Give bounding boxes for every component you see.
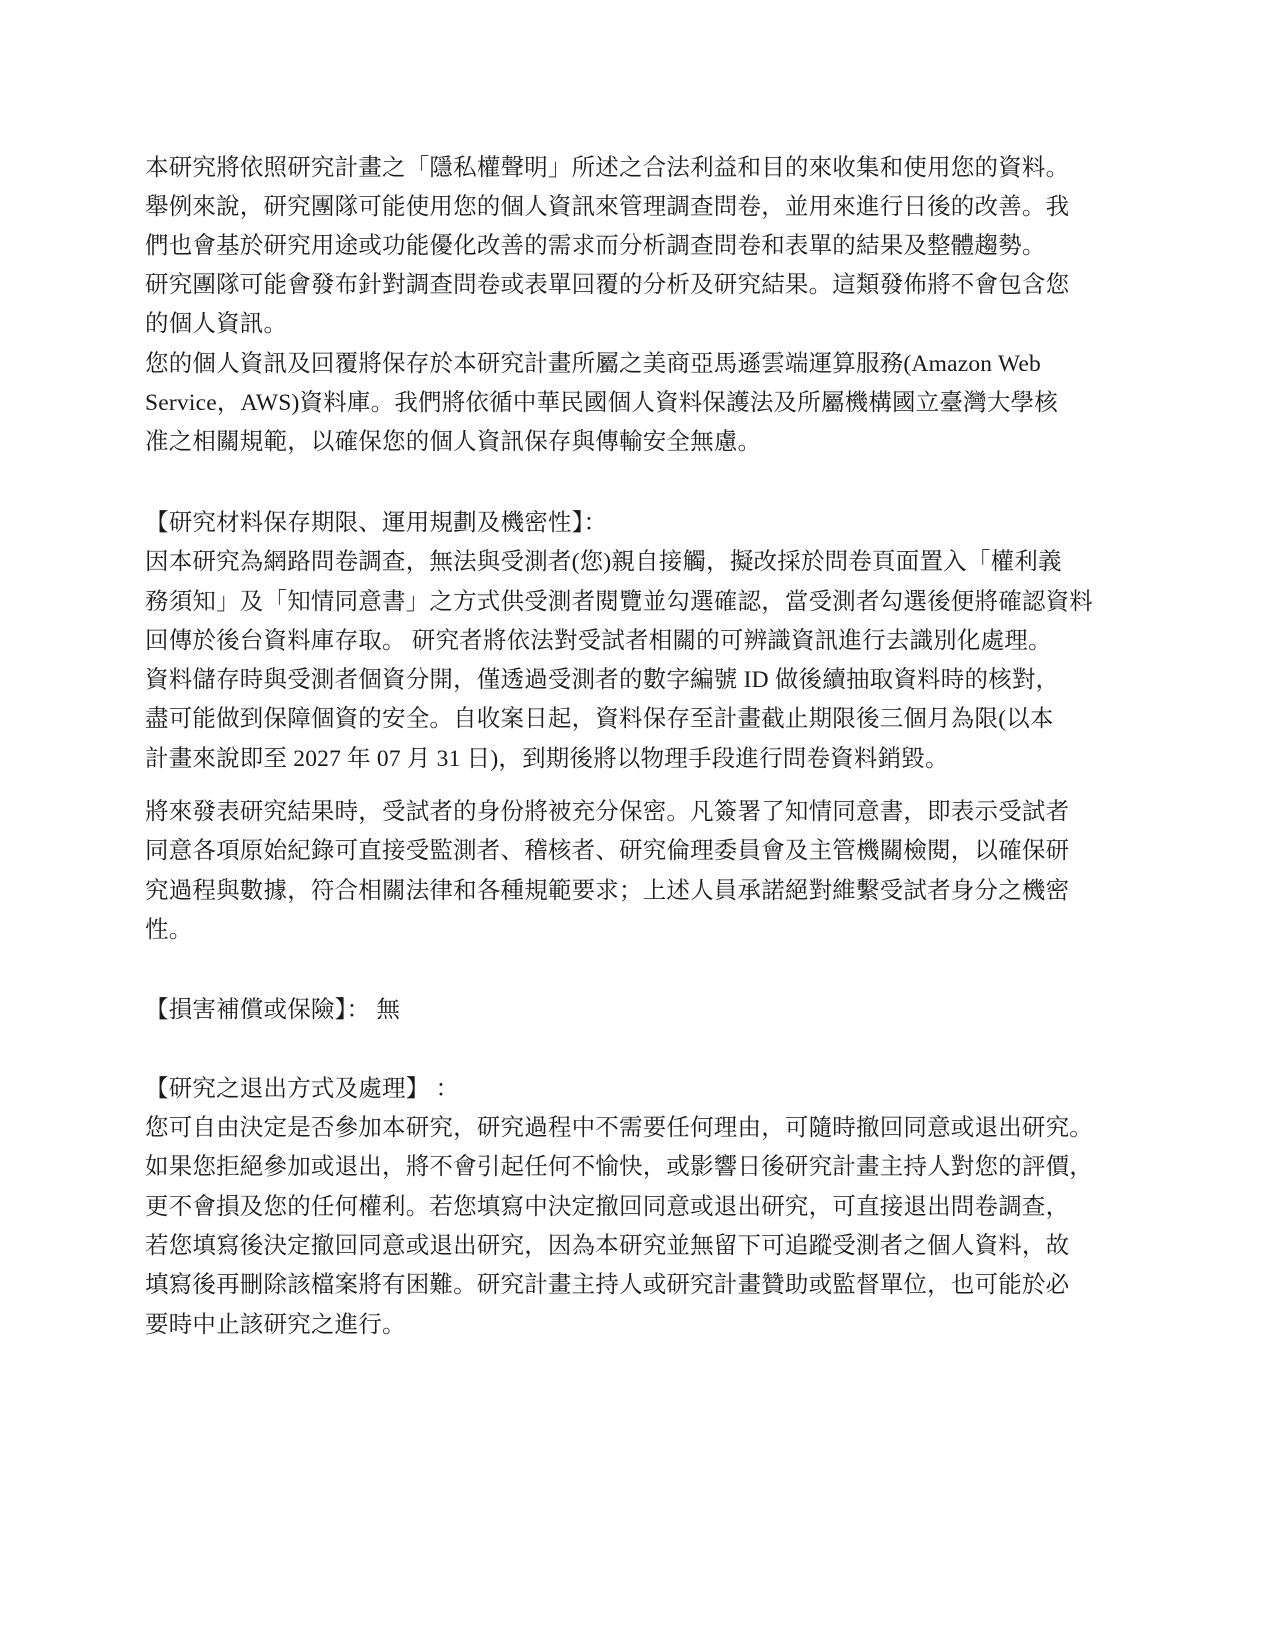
withdrawal-paragraph-line-5: 填寫後再刪除該檔案將有困難。研究計畫主持人或研究計畫贊助或監督單位，也可能於必 — [145, 1270, 1069, 1300]
withdrawal-paragraph-line-3: 更不會損及您的任何權利。若您填寫中決定撤回同意或退出研究，可直接退出問卷調查， — [145, 1192, 1069, 1222]
confidentiality-paragraph-line-3: 究過程與數據，符合相關法律和各種規範要求；上述人員承諾絕對維繫受試者身分之機密 — [145, 876, 1069, 906]
withdrawal-paragraph-line-2: 如果您拒絕參加或退出，將不會引起任何不愉快，或影響日後研究計畫主持人對您的評價， — [145, 1152, 1093, 1182]
retention-paragraph-line-6: 計畫來說即至 2027 年 07 月 31 日)，到期後將以物理手段進行問卷資料… — [145, 744, 949, 774]
retention-paragraph-line-5: 盡可能做到保障個資的安全。自收案日起，資料保存至計畫截止期限後三個月為限(以本 — [145, 704, 1054, 734]
retention-paragraph-line-4: 資料儲存時與受測者個資分開，僅透過受測者的數字編號 ID 做後續抽取資料時的核對… — [145, 665, 1059, 695]
section-heading-withdrawal: 【研究之退出方式及處理】 ： — [145, 1074, 459, 1104]
retention-paragraph-line-1: 因本研究為網路問卷調查，無法與受測者(您)親自接觸，擬改採於問卷頁面置入「權利義 — [145, 547, 1062, 577]
storage-paragraph-line-3: 准之相關規範，以確保您的個人資訊保存與傳輸安全無慮。 — [145, 427, 761, 457]
retention-paragraph-line-3: 回傳於後台資料庫存取。 研究者將依法對受試者相關的可辨識資訊進行去識別化處理。 — [145, 626, 1052, 656]
withdrawal-paragraph-line-6: 要時中止該研究之進行。 — [145, 1310, 406, 1340]
retention-paragraph-line-2: 務須知」及「知情同意書」之方式供受測者閱覽並勾選確認，當受測者勾選後便將確認資料 — [145, 587, 1093, 617]
privacy-paragraph-line-2: 舉例來說，研究團隊可能使用您的個人資訊來管理調查問卷，並用來進行日後的改善。我 — [145, 192, 1069, 222]
document-page: 本研究將依照研究計畫之「隱私權聲明」所述之合法利益和目的來收集和使用您的資料。 … — [0, 0, 1275, 1650]
privacy-paragraph-line-1: 本研究將依照研究計畫之「隱私權聲明」所述之合法利益和目的來收集和使用您的資料。 — [145, 153, 1069, 183]
confidentiality-paragraph-line-4: 性。 — [145, 915, 192, 945]
section-heading-retention: 【研究材料保存期限、運用規劃及機密性】： — [145, 508, 607, 538]
confidentiality-paragraph-line-2: 同意各項原始紀錄可直接受監測者、稽核者、研究倫理委員會及主管機關檢閱，以確保研 — [145, 836, 1069, 866]
withdrawal-paragraph-line-4: 若您填寫後決定撤回同意或退出研究，因為本研究並無留下可追蹤受測者之個人資料，故 — [145, 1231, 1069, 1261]
privacy-paragraph-line-3: 們也會基於研究用途或功能優化改善的需求而分析調查問卷和表單的結果及整體趨勢。 — [145, 231, 1046, 261]
storage-paragraph-line-1: 您的個人資訊及回覆將保存於本研究計畫所屬之美商亞馬遜雲端運算服務(Amazon … — [145, 349, 1041, 379]
storage-paragraph-line-2: Service，AWS)資料庫。我們將依循中華民國個人資料保護法及所屬機構國立臺… — [145, 388, 1058, 418]
confidentiality-paragraph-line-1: 將來發表研究結果時，受試者的身份將被充分保密。凡簽署了知情同意書，即表示受試者 — [145, 797, 1069, 827]
publication-paragraph-line-2: 的個人資訊。 — [145, 309, 287, 339]
section-heading-compensation: 【損害補償或保險】： 無 — [145, 995, 400, 1025]
withdrawal-paragraph-line-1: 您可自由決定是否參加本研究，研究過程中不需要任何理由，可隨時撤回同意或退出研究。 — [145, 1113, 1093, 1143]
publication-paragraph-line-1: 研究團隊可能會發布針對調查問卷或表單回覆的分析及研究結果。這類發佈將不會包含您 — [145, 270, 1069, 300]
